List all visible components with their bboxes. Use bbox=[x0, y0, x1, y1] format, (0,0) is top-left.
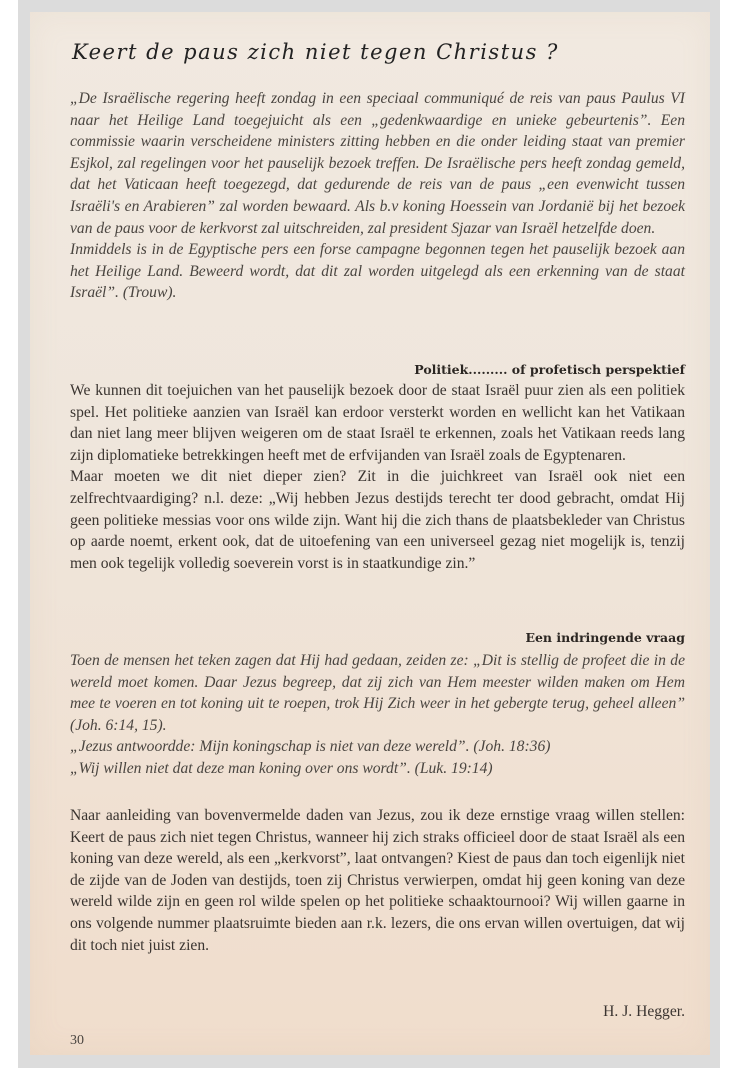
article-title: Keert de paus zich niet tegen Christus ? bbox=[72, 40, 672, 64]
scripture-quote: Toen de mensen het teken zagen dat Hij h… bbox=[70, 650, 685, 736]
page-number: 30 bbox=[70, 1033, 84, 1049]
body-paragraph: Maar moeten we dit niet dieper zien? Zit… bbox=[70, 466, 685, 574]
author-signature: H. J. Hegger. bbox=[603, 1003, 685, 1021]
section-body: Naar aanleiding van bovenvermelde daden … bbox=[70, 805, 685, 956]
quote-paragraph: „De Israëlische regering heeft zondag in… bbox=[70, 88, 685, 239]
scripture-quote: „Wij willen niet dat deze man koning ove… bbox=[70, 758, 685, 780]
opening-quote: „De Israëlische regering heeft zondag in… bbox=[70, 88, 685, 304]
section-body: We kunnen dit toejuichen van het pauseli… bbox=[70, 380, 685, 574]
body-paragraph: Naar aanleiding van bovenvermelde daden … bbox=[70, 805, 685, 956]
section-heading: Politiek......... of profetisch perspekt… bbox=[414, 362, 685, 377]
scripture-quote: „Jezus antwoordde: Mijn koningschap is n… bbox=[70, 736, 685, 758]
section-heading: Een indringende vraag bbox=[525, 630, 685, 645]
quote-paragraph: Inmiddels is in de Egyptische pers een f… bbox=[70, 239, 685, 304]
scripture-quotes: Toen de mensen het teken zagen dat Hij h… bbox=[70, 650, 685, 780]
body-paragraph: We kunnen dit toejuichen van het pauseli… bbox=[70, 380, 685, 466]
